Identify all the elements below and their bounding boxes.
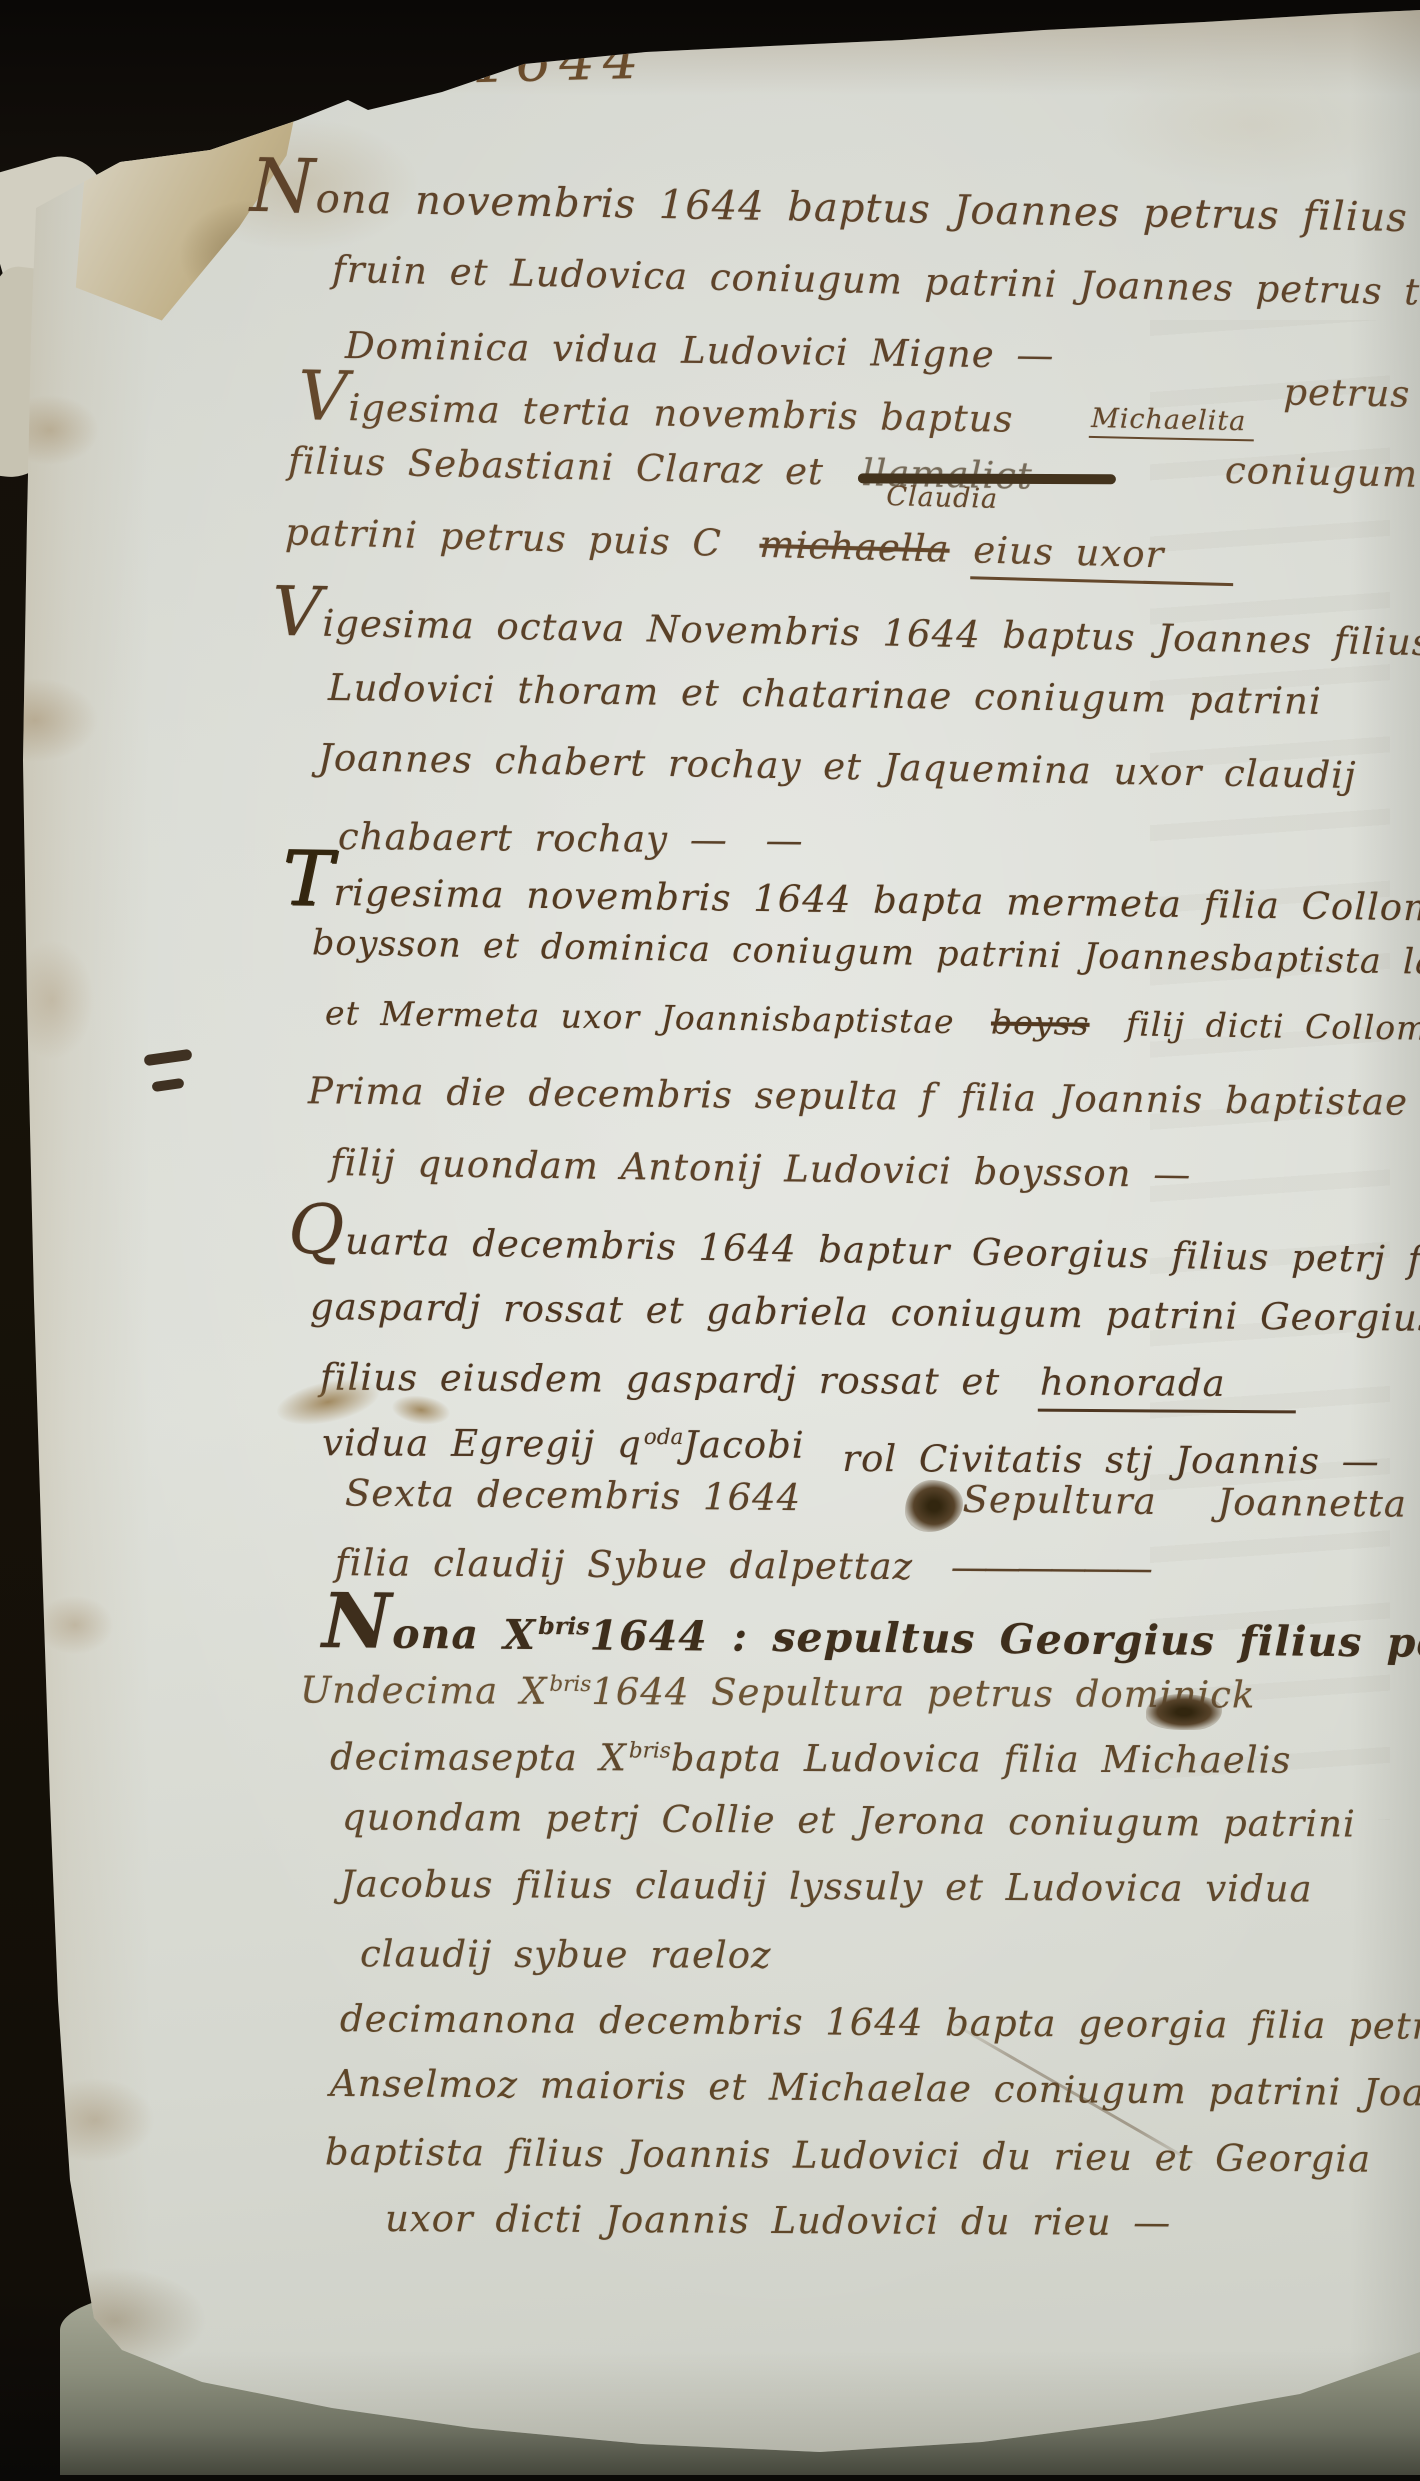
manuscript-line: claudij sybue raeloz xyxy=(360,1933,772,1977)
underlined-text: eius uxor xyxy=(971,528,1235,586)
line-text: filia claudij Sybue dalpettaz xyxy=(335,1541,913,1588)
manuscript-line: Nona novembris 1644 baptus Joannes petru… xyxy=(250,160,1420,245)
line-text: decimanona decembris 1644 bapta georgia … xyxy=(340,1997,1420,2048)
scanned-register-page: 1644 Nona novembris 1644 baptus Joannes … xyxy=(0,0,1420,2481)
margin-ink-mark xyxy=(151,1078,184,1092)
manuscript-line: quondam petrj Collie et Jerona coniugum … xyxy=(342,1796,1356,1846)
manuscript-line: baptista filius Joannis Ludovici du rieu… xyxy=(325,2131,1371,2181)
manuscript-line: uxor dicti Joannis Ludovici du rieu — xyxy=(385,2198,1171,2245)
margin-ink-mark xyxy=(143,1049,192,1067)
line-text: bapta Ludovica filia Michaelis xyxy=(671,1737,1292,1782)
superscript-abbreviation: bris xyxy=(549,1671,591,1696)
manuscript-line: fruin et Ludovica coniugum patrini Joann… xyxy=(332,249,1420,318)
manuscript-line: decimanona decembris 1644 bapta georgia … xyxy=(340,1998,1420,2048)
superscript-abbreviation: bris xyxy=(538,1612,590,1640)
manuscript-line: filia claudij Sybue dalpettaz —————— xyxy=(335,1542,1149,1590)
line-text: Prima die decembris sepulta f xyxy=(308,1069,936,1119)
line-text: et Mermeta uxor Joannisbaptistae xyxy=(325,993,955,1041)
superscript-abbreviation: oda xyxy=(644,1425,684,1450)
line-text: quondam petrj Collie et Jerona coniugum … xyxy=(342,1795,1356,1845)
manuscript-line: Nona Xbris1644 : sepultus Georgius filiu… xyxy=(322,1594,1420,1669)
manuscript-line: vidua Egregij qodaJacobi rol Civitatis s… xyxy=(322,1422,1380,1470)
line-text: rol Civitatis stj Joannis — xyxy=(842,1437,1380,1483)
ink-blot xyxy=(1146,1694,1222,1730)
line-text: Anselmoz maioris et Michaelae coniugum p… xyxy=(330,2062,1420,2115)
line-text: Nona X xyxy=(322,1609,537,1659)
manuscript-line: gaspardj rossat et gabriela coniugum pat… xyxy=(310,1286,1420,1340)
line-text: claudij sybue raeloz xyxy=(360,1932,772,1976)
manuscript-line: filius eiusdem gaspardj rossat et honora… xyxy=(320,1357,1296,1406)
struck-out-word: boyss xyxy=(991,1003,1090,1043)
line-text: vidua Egregij q xyxy=(322,1421,642,1466)
interlinear-correction: Michaelita xyxy=(1089,403,1255,441)
line-text: Nona novembris 1644 baptus Joannes petru… xyxy=(250,175,1420,245)
ink-blot xyxy=(336,34,396,82)
year-heading: 1644 xyxy=(471,28,647,97)
line-text: Jacobus filius claudij lyssuly et Ludovi… xyxy=(340,1862,1313,1910)
struck-out-word: michaella xyxy=(759,523,950,571)
manuscript-line: Jacobus filius claudij lyssuly et Ludovi… xyxy=(340,1863,1313,1911)
manuscript-line: Sexta decembris 1644 Sepultura Joannetta xyxy=(345,1472,1407,1526)
line-text: filij quondam Antonij Ludovici boysson — xyxy=(330,1141,1192,1196)
manuscript-line: filius Sebastiani Claraz et llamalict Mi… xyxy=(288,440,1419,506)
line-text: Vigesima octava Novembris 1644 baptus Jo… xyxy=(272,601,1420,664)
manuscript-line: Prima die decembris sepulta f filia Joan… xyxy=(308,1070,1408,1124)
line-text: baptista filius Joannis Ludovici du rieu… xyxy=(325,2130,1371,2180)
manuscript-line: decimasepta Xbrisbapta Ludovica filia Mi… xyxy=(330,1736,1292,1782)
line-text: decimasepta X xyxy=(330,1735,627,1779)
line-text: Vigesima tertia novembris baptus xyxy=(298,385,1014,440)
line-text: Trigesima novembris 1644 bapta mermeta f… xyxy=(282,870,1420,930)
manuscript-line: filij quondam Antonij Ludovici boysson — xyxy=(330,1142,1192,1197)
line-text: Sexta decembris 1644 xyxy=(345,1471,802,1519)
line-text: filia Joannis baptistae xyxy=(960,1077,1408,1124)
manuscript-line: Undecima Xbris1644 Sepultura petrus domi… xyxy=(300,1669,1256,1717)
line-text: petrus xyxy=(1283,371,1411,416)
interlinear-correction: Claudia xyxy=(886,481,999,515)
line-text: — xyxy=(765,819,798,862)
line-text: Quarta decembris 1644 baptur Georgius fi… xyxy=(288,1219,1420,1283)
ink-blot xyxy=(905,1480,963,1532)
manuscript-line: Anselmoz maioris et Michaelae coniugum p… xyxy=(330,2063,1420,2116)
manuscript-page: 1644 Nona novembris 1644 baptus Joannes … xyxy=(0,0,1420,2481)
underlined-text: honorada xyxy=(1038,1361,1296,1414)
manuscript-line: Dominica vidua Ludovici Migne — xyxy=(345,325,1055,377)
line-text: Sepultura Joannetta xyxy=(962,1479,1407,1526)
superscript-abbreviation: bris xyxy=(629,1738,671,1763)
line-text: —————— xyxy=(951,1545,1149,1589)
line-text: coniugum xyxy=(1225,450,1419,497)
line-text: Undecima X xyxy=(300,1668,548,1712)
line-text: uxor dicti Joannis Ludovici du rieu — xyxy=(385,2197,1171,2244)
line-text: filius Sebastiani Claraz et xyxy=(288,439,825,493)
line-text: fruin et Ludovica coniugum patrini Joann… xyxy=(332,248,1420,317)
line-text: Jacobi xyxy=(683,1423,805,1467)
line-text: patrini petrus puis C xyxy=(285,510,723,564)
line-text: Dominica vidua Ludovici Migne — xyxy=(345,324,1055,377)
line-text: 1644 : sepultus Georgius filius petrj ro… xyxy=(589,1611,1420,1668)
